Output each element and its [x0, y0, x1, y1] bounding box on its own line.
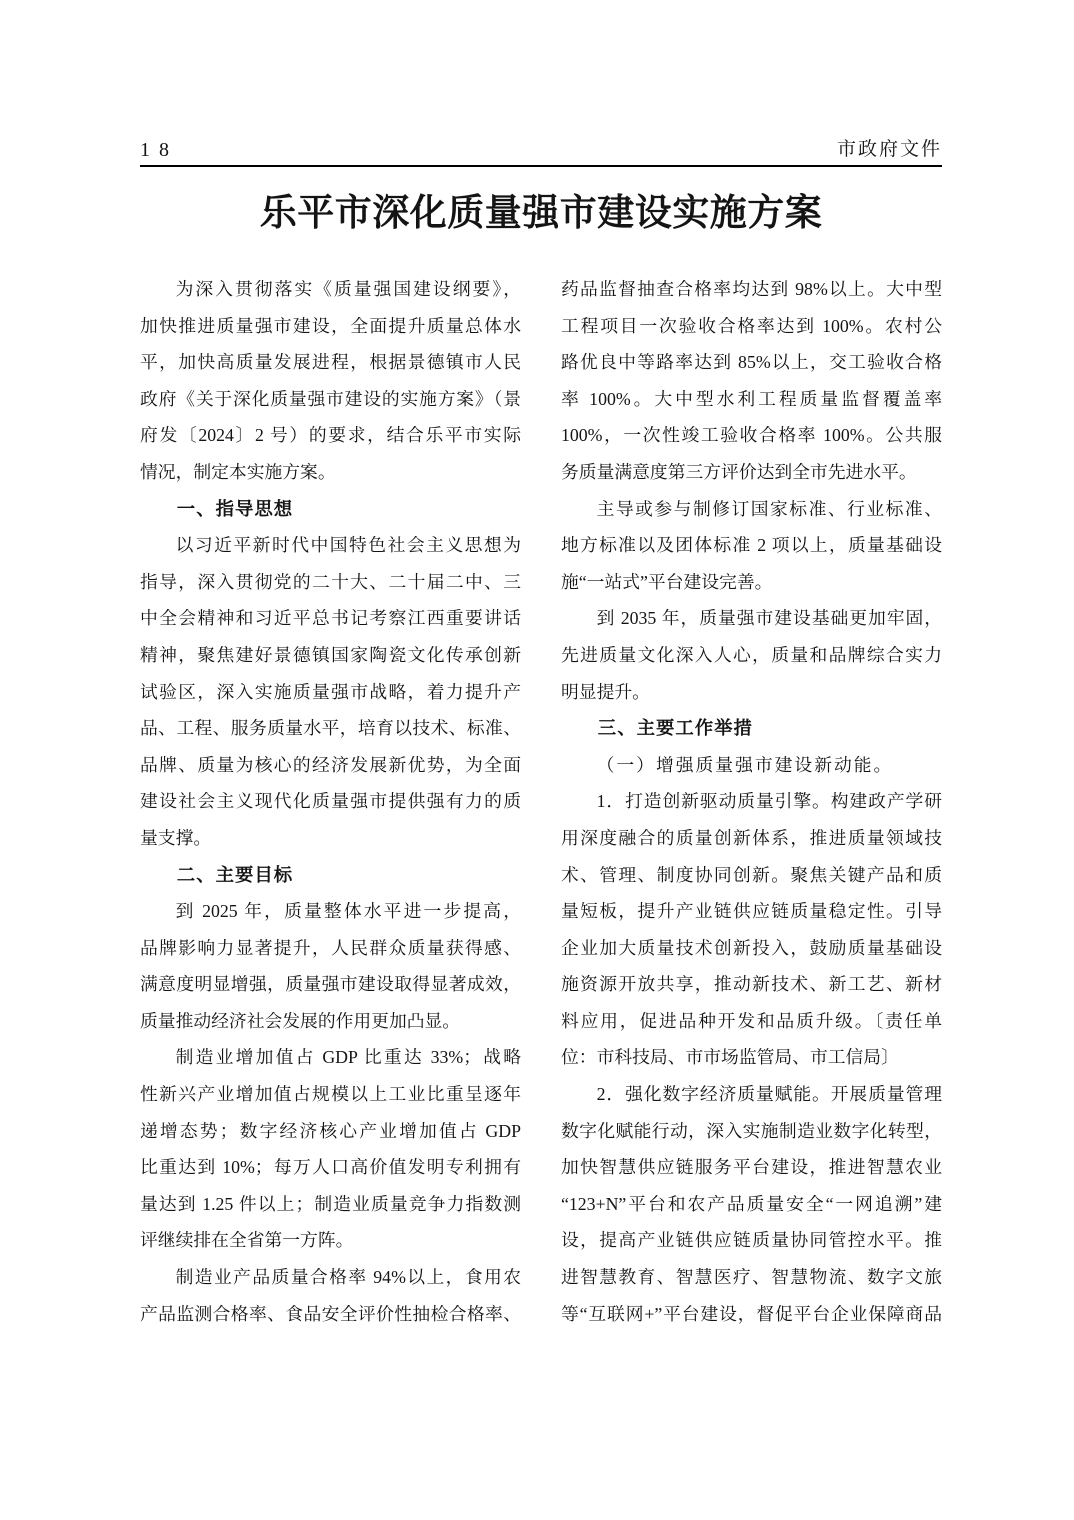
text-line: 2．强化数字经济质量赋能。开展质量管理 [561, 1076, 942, 1113]
text-line: 率 100%。大中型水利工程质量监督覆盖率 [561, 381, 942, 418]
text-line: 用深度融合的质量创新体系，推进质量领域技 [561, 820, 942, 857]
text-line: 施“一站式”平台建设完善。 [561, 564, 942, 601]
page-header: 1 8 市政府文件 [140, 138, 942, 167]
text-line: 为深入贯彻落实《质量强国建设纲要》， [140, 271, 521, 308]
text-line: 量短板，提升产业链供应链质量稳定性。引导 [561, 893, 942, 930]
text-line: （一）增强质量强市建设新动能。 [561, 747, 942, 784]
text-line: 试验区，深入实施质量强市战略，着力提升产 [140, 674, 521, 711]
text-line: 明显提升。 [561, 674, 942, 711]
text-line: 建设社会主义现代化质量强市提供强有力的质 [140, 783, 521, 820]
text-line: 一、指导思想 [140, 491, 521, 528]
paragraph: 到 2025 年，质量整体水平进一步提高，品牌影响力显著提升，人民群众质量获得感… [140, 893, 521, 1039]
text-line: 品牌、质量为核心的经济发展新优势，为全面 [140, 747, 521, 784]
paragraph: 制造业产品质量合格率 94%以上，食用农产品监测合格率、食品安全评价性抽检合格率… [140, 1259, 521, 1332]
text-line: 二、主要目标 [140, 857, 521, 894]
text-line: 加快智慧供应链服务平台建设，推进智慧农业 [561, 1149, 942, 1186]
text-line: 平，加快高质量发展进程，根据景德镇市人民 [140, 344, 521, 381]
text-line: 质量推动经济社会发展的作用更加凸显。 [140, 1003, 521, 1040]
text-line: 三、主要工作举措 [561, 710, 942, 747]
paragraph: 以习近平新时代中国特色社会主义思想为指导，深入贯彻党的二十大、二十届二中、三中全… [140, 527, 521, 856]
text-line: 施资源开放共享，推动新技术、新工艺、新材 [561, 966, 942, 1003]
text-line: 评继续排在全省第一方阵。 [140, 1222, 521, 1259]
text-line: 等“互联网+”平台建设，督促平台企业保障商品 [561, 1296, 942, 1333]
two-column-body: 为深入贯彻落实《质量强国建设纲要》，加快推进质量强市建设，全面提升质量总体水平，… [140, 271, 942, 1332]
text-line: 主导或参与制修订国家标准、行业标准、 [561, 491, 942, 528]
text-line: 数字化赋能行动，深入实施制造业数字化转型， [561, 1113, 942, 1150]
text-line: 量达到 1.25 件以上；制造业质量竞争力指数测 [140, 1186, 521, 1223]
text-line: 制造业产品质量合格率 94%以上，食用农 [140, 1259, 521, 1296]
text-line: 品牌影响力显著提升，人民群众质量获得感、 [140, 930, 521, 967]
section-heading: 二、主要目标 [140, 857, 521, 894]
text-line: 术、管理、制度协同创新。聚焦关键产品和质 [561, 857, 942, 894]
text-line: 1．打造创新驱动质量引擎。构建政产学研 [561, 783, 942, 820]
sub-heading: （一）增强质量强市建设新动能。 [561, 747, 942, 784]
text-line: 量支撑。 [140, 820, 521, 857]
document-title: 乐平市深化质量强市建设实施方案 [140, 191, 942, 235]
text-line: 精神，聚焦建好景德镇国家陶瓷文化传承创新 [140, 637, 521, 674]
text-line: 位：市科技局、市市场监管局、市工信局〕 [561, 1039, 942, 1076]
text-line: 药品监督抽查合格率均达到 98%以上。大中型 [561, 271, 942, 308]
right-column: 药品监督抽查合格率均达到 98%以上。大中型工程项目一次验收合格率达到 100%… [561, 271, 942, 1332]
document-page: 1 8 市政府文件 乐平市深化质量强市建设实施方案 为深入贯彻落实《质量强国建设… [0, 0, 1074, 1520]
text-line: 进智慧教育、智慧医疗、智慧物流、数字文旅 [561, 1259, 942, 1296]
page-number: 1 8 [140, 138, 171, 162]
text-line: 比重达到 10%；每万人口高价值发明专利拥有 [140, 1149, 521, 1186]
text-line: 府发〔2024〕2 号）的要求，结合乐平市实际 [140, 417, 521, 454]
text-line: 设，提高产业链供应链质量协同管控水平。推 [561, 1222, 942, 1259]
text-line: 料应用，促进品种开发和品质升级。〔责任单 [561, 1003, 942, 1040]
text-line: 到 2035 年，质量强市建设基础更加牢固， [561, 600, 942, 637]
paragraph: 为深入贯彻落实《质量强国建设纲要》，加快推进质量强市建设，全面提升质量总体水平，… [140, 271, 521, 491]
paragraph: 药品监督抽查合格率均达到 98%以上。大中型工程项目一次验收合格率达到 100%… [561, 271, 942, 491]
paragraph: 制造业增加值占 GDP 比重达 33%；战略性新兴产业增加值占规模以上工业比重呈… [140, 1039, 521, 1259]
paragraph: 1．打造创新驱动质量引擎。构建政产学研用深度融合的质量创新体系，推进质量领域技术… [561, 783, 942, 1076]
text-line: 性新兴产业增加值占规模以上工业比重呈逐年 [140, 1076, 521, 1113]
section-heading: 一、指导思想 [140, 491, 521, 528]
text-line: 先进质量文化深入人心，质量和品牌综合实力 [561, 637, 942, 674]
text-line: 情况，制定本实施方案。 [140, 454, 521, 491]
text-line: 政府《关于深化质量强市建设的实施方案》（景 [140, 381, 521, 418]
text-line: “123+N”平台和农产品质量安全“一网追溯”建 [561, 1186, 942, 1223]
text-line: 中全会精神和习近平总书记考察江西重要讲话 [140, 600, 521, 637]
text-line: 递增态势；数字经济核心产业增加值占 GDP [140, 1113, 521, 1150]
text-line: 100%，一次性竣工验收合格率 100%。公共服 [561, 417, 942, 454]
text-line: 品、工程、服务质量水平，培育以技术、标准、 [140, 710, 521, 747]
text-line: 加快推进质量强市建设，全面提升质量总体水 [140, 308, 521, 345]
text-line: 产品监测合格率、食品安全评价性抽检合格率、 [140, 1296, 521, 1333]
text-line: 工程项目一次验收合格率达到 100%。农村公 [561, 308, 942, 345]
text-line: 制造业增加值占 GDP 比重达 33%；战略 [140, 1039, 521, 1076]
text-line: 务质量满意度第三方评价达到全市先进水平。 [561, 454, 942, 491]
text-line: 满意度明显增强，质量强市建设取得显著成效， [140, 966, 521, 1003]
text-line: 指导，深入贯彻党的二十大、二十届二中、三 [140, 564, 521, 601]
text-line: 以习近平新时代中国特色社会主义思想为 [140, 527, 521, 564]
text-line: 路优良中等路率达到 85%以上，交工验收合格 [561, 344, 942, 381]
left-column: 为深入贯彻落实《质量强国建设纲要》，加快推进质量强市建设，全面提升质量总体水平，… [140, 271, 521, 1332]
paragraph: 到 2035 年，质量强市建设基础更加牢固，先进质量文化深入人心，质量和品牌综合… [561, 600, 942, 710]
paragraph: 主导或参与制修订国家标准、行业标准、地方标准以及团体标准 2 项以上，质量基础设… [561, 491, 942, 601]
section-heading: 三、主要工作举措 [561, 710, 942, 747]
text-line: 企业加大质量技术创新投入，鼓励质量基础设 [561, 930, 942, 967]
text-line: 地方标准以及团体标准 2 项以上，质量基础设 [561, 527, 942, 564]
header-doc-type-label: 市政府文件 [837, 138, 942, 162]
text-line: 到 2025 年，质量整体水平进一步提高， [140, 893, 521, 930]
paragraph: 2．强化数字经济质量赋能。开展质量管理数字化赋能行动，深入实施制造业数字化转型，… [561, 1076, 942, 1332]
